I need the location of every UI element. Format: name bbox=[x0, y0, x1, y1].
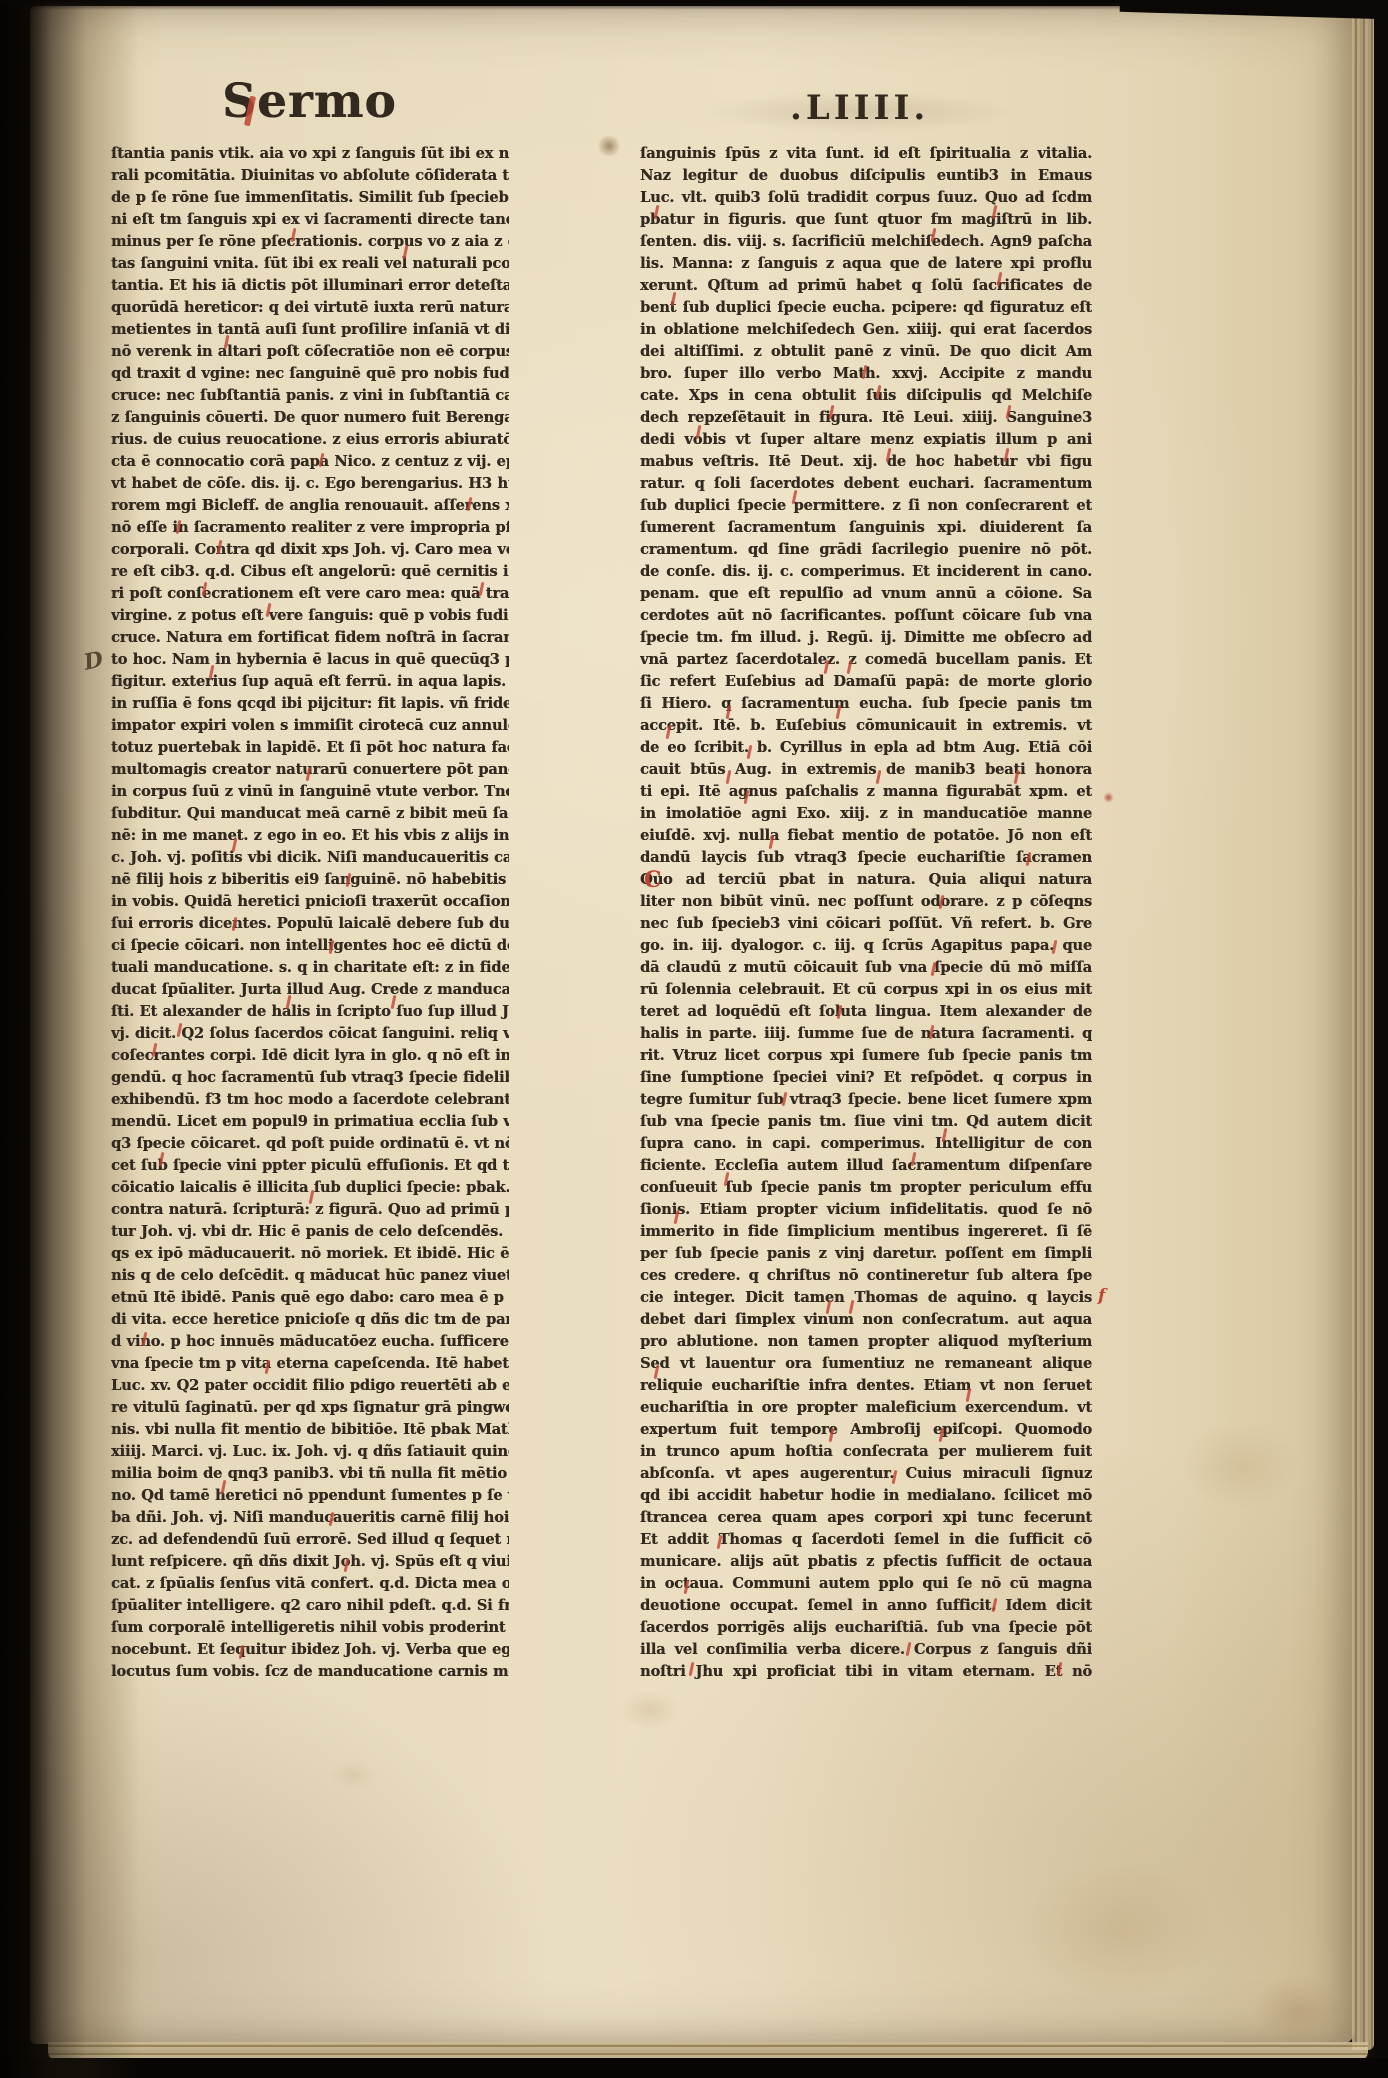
text-line: immerito in fide ſimplicium mentibus ing… bbox=[640, 1221, 1092, 1243]
text-line: in trunco apum hoſtia conſecrata per mul… bbox=[640, 1441, 1092, 1463]
text-line: ſic refert Euſebius ad Damaſū papā: de m… bbox=[640, 671, 1092, 693]
text-line: per ſub ſpecie panis z vinj daretur. poſ… bbox=[640, 1243, 1092, 1265]
red-ink-spot bbox=[1104, 792, 1113, 803]
text-line: nis q de celo deſcēdit. q māducat hūc pa… bbox=[111, 1265, 509, 1287]
text-line: dedi vobis vt ſuper altare menz expiatis… bbox=[640, 429, 1092, 451]
text-line: coſecrantes corpi. Idē dicit lyra in glo… bbox=[111, 1045, 509, 1067]
text-line: pbatur in figuris. que ſunt qtuor fm mag… bbox=[640, 209, 1092, 231]
text-line: ces credere. q chriſtus nō contineretur … bbox=[640, 1265, 1092, 1287]
text-line: ſine ſumptione ſpeciei vini? Et reſpōdet… bbox=[640, 1067, 1092, 1089]
text-line: cerdotes aūt nō ſacrificantes. poſſunt c… bbox=[640, 605, 1092, 627]
text-line: ſtantia panis vtik. aia vo xpi z ſanguis… bbox=[111, 143, 509, 165]
text-line: ſi Hiero. q ſacramentum eucha. ſub ſpeci… bbox=[640, 693, 1092, 715]
text-line: tuali manducatione. s. q in charitate eſ… bbox=[111, 957, 509, 979]
text-line: xiiij. Marci. vj. Luc. ix. Joh. vj. q dñ… bbox=[111, 1441, 509, 1463]
text-line: accepit. Itē. b. Euſebius cōmunicauit in… bbox=[640, 715, 1092, 737]
text-line: dei altiſſimi. z obtulit panē z vinū. De… bbox=[640, 341, 1092, 363]
text-line: cruce: nec ſubſtantiā panis. z vini in ſ… bbox=[111, 385, 509, 407]
text-line: ni eſt tm ſanguis xpi ex vi ſacramenti d… bbox=[111, 209, 509, 231]
rubric-paragraph-initial: C bbox=[644, 869, 662, 891]
text-line: ſanguinis ſpūs z vita ſunt. id eſt ſpiri… bbox=[640, 143, 1092, 165]
text-line: ſub vna ſpecie panis tm. ſiue vini tm. Q… bbox=[640, 1111, 1092, 1133]
text-line: tas ſanguini vnita. ſūt ibi ex reali vel… bbox=[111, 253, 509, 275]
text-line: cta ē connocatio corā papa Nico. z centu… bbox=[111, 451, 509, 473]
text-line: re eſt cib3. q.d. Cibus eſt angelorū: qu… bbox=[111, 561, 509, 583]
text-line: ſpūaliter intelligere. q2 caro nihil pde… bbox=[111, 1595, 509, 1617]
text-line: rū ſolennia celebrauit. Et cū corpus xpi… bbox=[640, 979, 1092, 1001]
text-line: in oblatione melchiſedech Gen. xiiij. qu… bbox=[640, 319, 1092, 341]
text-line: ſenten. dis. viij. s. ſacrificiū melchiſ… bbox=[640, 231, 1092, 253]
text-line: deuotione occupat. ſemel in anno ſuffici… bbox=[640, 1595, 1092, 1617]
text-column-right: ſanguinis ſpūs z vita ſunt. id eſt ſpiri… bbox=[640, 143, 1092, 1683]
text-line: cie integer. Dicit tamen Thomas de aquin… bbox=[640, 1287, 1092, 1309]
text-line: in octaua. Communi autem pplo qui ſe nō … bbox=[640, 1573, 1092, 1595]
text-line: in corpus ſuū z vinū in ſanguinē vtute v… bbox=[111, 781, 509, 803]
text-line: lis. Manna: z ſanguis z aqua que de late… bbox=[640, 253, 1092, 275]
text-line: illa vel conſimilia verba dicere. Corpus… bbox=[640, 1639, 1092, 1661]
text-line: contra naturā. ſcripturā: z figurā. Quo … bbox=[111, 1199, 509, 1221]
text-line: di vita. ecce heretice pnicioſe q dñs di… bbox=[111, 1309, 509, 1331]
text-line: ſupra cano. in capi. comperimus. Intelli… bbox=[640, 1133, 1092, 1155]
text-line: qs ex ipō māducauerit. nō moriek. Et ibi… bbox=[111, 1243, 509, 1265]
text-line: nocebunt. Et ſequitur ibidez Joh. vj. Ve… bbox=[111, 1639, 509, 1661]
text-line: rius. de cuius reuocatione. z eius error… bbox=[111, 429, 509, 451]
text-line: xerunt. Qſtum ad primū habet q ſolū ſacr… bbox=[640, 275, 1092, 297]
text-line: c. Joh. vj. poſitis vbi dicik. Niſi mand… bbox=[111, 847, 509, 869]
text-line: virgine. z potus eſt vere ſanguis: quē p… bbox=[111, 605, 509, 627]
text-line: debet dari ſimplex vinum non conſecratum… bbox=[640, 1309, 1092, 1331]
text-line: nis. vbi nulla fit mentio de bibitiōe. I… bbox=[111, 1419, 509, 1441]
text-line: etnū Itē ibidē. Panis quē ego dabo: caro… bbox=[111, 1287, 509, 1309]
text-line: gendū. q hoc ſacramentū ſub vtraq3 ſpeci… bbox=[111, 1067, 509, 1089]
text-line: d vino. p hoc innuēs māducatōez eucha. ſ… bbox=[111, 1331, 509, 1353]
text-line: teret ad loquēdū eſt ſoluta lingua. Item… bbox=[640, 1001, 1092, 1023]
text-line: tur Joh. vj. vbi dr. Hic ē panis de celo… bbox=[111, 1221, 509, 1243]
text-line: ducat ſpūaliter. Jurta illud Aug. Crede … bbox=[111, 979, 509, 1001]
text-line: cruce. Natura em fortificat fidem noſtrā… bbox=[111, 627, 509, 649]
text-line: to hoc. Nam in hybernia ē lacus in quē q… bbox=[111, 649, 509, 671]
text-line: vt habet de cōſe. dis. ij. c. Ego bereng… bbox=[111, 473, 509, 495]
text-line: ſacerdos porrigēs alijs euchariſtiā. ſub… bbox=[640, 1617, 1092, 1639]
text-line: Naz legitur de duobus diſcipulis euntib3… bbox=[640, 165, 1092, 187]
text-line: penam. que eſt repulſio ad vnum annū a c… bbox=[640, 583, 1092, 605]
text-line: Quo ad terciū pbat in natura. Quia aliqu… bbox=[640, 869, 1092, 891]
text-line: totuz puertebak in lapidē. Et ſi pōt hoc… bbox=[111, 737, 509, 759]
fore-edge-page-stack bbox=[1352, 10, 1374, 2050]
text-line: conſueuit ſub ſpecie panis tm propter pe… bbox=[640, 1177, 1092, 1199]
text-line: exhibendū. f3 tm hoc modo a ſacerdote ce… bbox=[111, 1089, 509, 1111]
text-line: de conſe. dis. ij. c. comperimus. Et inc… bbox=[640, 561, 1092, 583]
text-line: in imolatiōe agni Exo. xiij. z in manduc… bbox=[640, 803, 1092, 825]
text-line: nec ſub ſpecieb3 vini cōicari poſſūt. Vñ… bbox=[640, 913, 1092, 935]
text-line: ri poſt conſecrationem eſt vere caro mea… bbox=[111, 583, 509, 605]
red-margin-letter: f bbox=[1098, 1286, 1105, 1306]
text-line: figitur. exterius ſup aquā eſt ferrū. in… bbox=[111, 671, 509, 693]
text-line: ſui erroris dicentes. Populū laicalē deb… bbox=[111, 913, 509, 935]
text-line: impator expiri volen s immiſit cirotecā … bbox=[111, 715, 509, 737]
text-line: cat. z ſpūalis ſenſus vitā confert. q.d.… bbox=[111, 1573, 509, 1595]
text-line: cauit btūs Aug. in extremis de manib3 be… bbox=[640, 759, 1092, 781]
text-line: no. Qd tamē heretici nō ppendunt ſumente… bbox=[111, 1485, 509, 1507]
text-line: in ruſſia ē fons qcqd ibi pijcitur: fit … bbox=[111, 693, 509, 715]
text-line: rali pcomitātia. Diuinitas vo abſolute c… bbox=[111, 165, 509, 187]
text-line: vnā partez ſacerdotalez. z comedā bucell… bbox=[640, 649, 1092, 671]
text-line: municare. alijs aūt pbatis z pfectis ſuf… bbox=[640, 1551, 1092, 1573]
text-line: minus per ſe rōne pſecrationis. corpus v… bbox=[111, 231, 509, 253]
text-line: ſtrancea cerea quam apes corpori xpi tun… bbox=[640, 1507, 1092, 1529]
text-line: rit. Vtruz licet corpus xpi ſumere ſub ſ… bbox=[640, 1045, 1092, 1067]
text-line: Luc. xv. Q2 pater occidit filio pdigo re… bbox=[111, 1375, 509, 1397]
text-line: ficiente. Eccleſia autem illud ſacrament… bbox=[640, 1155, 1092, 1177]
text-line: ſubditur. Qui manducat meā carnē z bibit… bbox=[111, 803, 509, 825]
running-header-folio-number: .LIIII. bbox=[790, 88, 1030, 128]
text-line: qd ibi accidit habetur hodie in medialan… bbox=[640, 1485, 1092, 1507]
text-line: lunt reſpicere. qñ dñs dixit Joh. vj. Sp… bbox=[111, 1551, 509, 1573]
text-line: tantia. Et his iā dictis pōt illuminari … bbox=[111, 275, 509, 297]
text-line: eiuſdē. xvj. nulla fiebat mentio de pota… bbox=[640, 825, 1092, 847]
text-line: dech repzeſētauit in figura. Itē Leui. x… bbox=[640, 407, 1092, 429]
text-line: noſtri Jhu xpi proficiat tibi in vitam e… bbox=[640, 1661, 1092, 1683]
text-line: ſub duplici ſpecie permittere. z ſi non … bbox=[640, 495, 1092, 517]
text-line: ſionis. Etiam propter vicium infidelitat… bbox=[640, 1199, 1092, 1221]
text-line: quorūdā hereticor: q dei virtutē iuxta r… bbox=[111, 297, 509, 319]
text-line: pro ablutione. non tamen propter aliquod… bbox=[640, 1331, 1092, 1353]
text-line: metientes in tantā auſi ſunt proſilire i… bbox=[111, 319, 509, 341]
text-line: mabus veſtris. Itē Deut. xij. de hoc hab… bbox=[640, 451, 1092, 473]
text-line: Sed vt lauentur ora ſumentiuz ne remanea… bbox=[640, 1353, 1092, 1375]
text-line: nō verenk in altari poſt cōſecratiōe non… bbox=[111, 341, 509, 363]
text-line: cōicatio laicalis ē illicita ſub duplici… bbox=[111, 1177, 509, 1199]
text-line: cate. Xps in cena obtulit ſuis diſcipuli… bbox=[640, 385, 1092, 407]
text-line: expertum fuit tempore Ambroſij epiſcopi.… bbox=[640, 1419, 1092, 1441]
text-line: vna ſpecie tm p vita eterna capeſcenda. … bbox=[111, 1353, 509, 1375]
text-line: reliquie euchariſtie infra dentes. Etiam… bbox=[640, 1375, 1092, 1397]
text-line: vj. dicit. Q2 ſolus ſacerdos cōicat ſang… bbox=[111, 1023, 509, 1045]
text-line: euchariſtia in ore propter maleficium ex… bbox=[640, 1397, 1092, 1419]
text-line: go. in. iij. dyalogor. c. iij. q ſcrūs A… bbox=[640, 935, 1092, 957]
scanned-book-photo: { "page": { "header": { "title": "Sermo"… bbox=[0, 0, 1388, 2078]
text-line: ba dñi. Joh. vj. Niſi manducaueritis car… bbox=[111, 1507, 509, 1529]
text-line: abſconſa. vt apes augerentur. Cuius mira… bbox=[640, 1463, 1092, 1485]
text-line: de eo ſcribit. b. Cyrillus in epla ad bt… bbox=[640, 737, 1092, 759]
text-line: cramentum. qd ſine grādi ſacrilegio puen… bbox=[640, 539, 1092, 561]
text-line: re vitulū ſaginatū. per qd xps ſignatur … bbox=[111, 1397, 509, 1419]
text-line: cet ſub ſpecie vini ppter piculū effuſio… bbox=[111, 1155, 509, 1177]
text-line: tegre ſumitur ſub vtraq3 ſpecie. bene li… bbox=[640, 1089, 1092, 1111]
text-line: ſumerent ſacramentum ſanguinis xpi. diui… bbox=[640, 517, 1092, 539]
text-line: bent ſub duplici ſpecie eucha. pcipere: … bbox=[640, 297, 1092, 319]
text-line: z ſanguinis cōuerti. De quor numero fuit… bbox=[111, 407, 509, 429]
text-line: ſti. Et alexander de halis in ſcripto ſu… bbox=[111, 1001, 509, 1023]
text-line: corporali. Contra qd dixit xps Joh. vj. … bbox=[111, 539, 509, 561]
background-right bbox=[1374, 0, 1388, 2078]
running-header-title: Sermo bbox=[222, 74, 502, 129]
text-line: halis in parte. iiij. ſumme ſue de natur… bbox=[640, 1023, 1092, 1045]
text-line: nō eſſe in ſacramento realiter z vere im… bbox=[111, 517, 509, 539]
text-line: zc. ad defendendū ſuū errorē. Sed illud … bbox=[111, 1529, 509, 1551]
text-line: q3 ſpecie cōicaret. qd poſt puide ordina… bbox=[111, 1133, 509, 1155]
text-line: liter non bibūt vinū. nec poſſunt odorar… bbox=[640, 891, 1092, 913]
text-line: nē: in me manet. z ego in eo. Et his vbi… bbox=[111, 825, 509, 847]
text-line: ſum corporalē intelligeretis nihil vobis… bbox=[111, 1617, 509, 1639]
background-bottom bbox=[0, 2058, 1388, 2078]
text-line: ratur. q ſoli ſacerdotes debent euchari.… bbox=[640, 473, 1092, 495]
text-line: rorem mgi Bicleff. de anglia renouauit. … bbox=[111, 495, 509, 517]
text-line: ci ſpecie cōicari. non intelligentes hoc… bbox=[111, 935, 509, 957]
text-line: Luc. vlt. quib3 ſolū tradidit corpus ſuu… bbox=[640, 187, 1092, 209]
text-line: de p ſe rōne ſue immenſitatis. Similit ſ… bbox=[111, 187, 509, 209]
text-line: qd traxit d vgine: nec ſanguinē quē pro … bbox=[111, 363, 509, 385]
text-line: dandū laycis ſub vtraq3 ſpecie euchariſt… bbox=[640, 847, 1092, 869]
text-line: Et addit Thomas q ſacerdoti ſemel in die… bbox=[640, 1529, 1092, 1551]
text-line: ti epi. Itē agnus paſchalis z manna figu… bbox=[640, 781, 1092, 803]
text-line: nē filij hois z biberitis ei9 ſanguinē. … bbox=[111, 869, 509, 891]
text-line: mendū. Licet em popul9 in primatiua eccl… bbox=[111, 1111, 509, 1133]
text-line: multomagis creator naturarū conuertere p… bbox=[111, 759, 509, 781]
text-line: dā claudū z mutū cōicauit ſub vna ſpecie… bbox=[640, 957, 1092, 979]
text-line: ſpecie tm. fm illud. j. Regū. ij. Dimitt… bbox=[640, 627, 1092, 649]
text-line: bro. ſuper illo verbo Math. xxvj. Accipi… bbox=[640, 363, 1092, 385]
text-column-left: ſtantia panis vtik. aia vo xpi z ſanguis… bbox=[111, 143, 509, 1683]
text-line: milia boim de qnq3 panib3. vbi tñ nulla … bbox=[111, 1463, 509, 1485]
text-line: locutus ſum vobis. ſcz de manducatione c… bbox=[111, 1661, 509, 1683]
text-line: in vobis. Quidā heretici pnicioſi traxer… bbox=[111, 891, 509, 913]
